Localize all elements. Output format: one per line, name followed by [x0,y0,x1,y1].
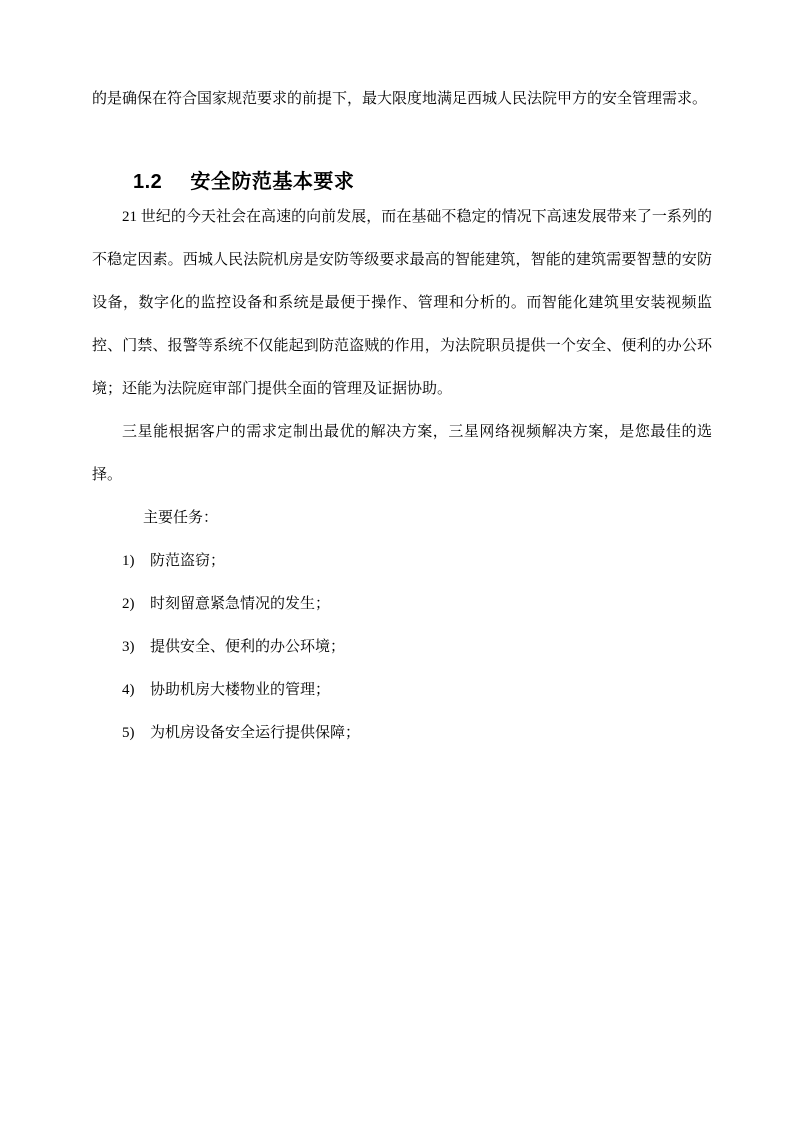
task-item-number: 5) [122,712,150,755]
task-item-number: 1) [122,540,150,583]
document-page: 的是确保在符合国家规范要求的前提下，最大限度地满足西城人民法院甲方的安全管理需求… [0,0,793,1122]
section-title: 安全防范基本要求 [190,171,354,193]
task-list-intro: 主要任务： [143,497,712,540]
section-heading: 1.2 安全防范基本要求 [133,165,354,194]
paragraph-continuation: 的是确保在符合国家规范要求的前提下，最大限度地满足西城人民法院甲方的安全管理需求… [92,89,712,109]
task-item-number: 2) [122,583,150,626]
task-item-text: 提供安全、便利的办公环境； [150,626,712,669]
section-body: 21 世纪的今天社会在高速的向前发展，而在基础不稳定的情况下高速发展带来了一系列… [92,196,712,755]
body-paragraph-2: 三星能根据客户的需求定制出最优的解决方案，三星网络视频解决方案，是您最佳的选择。 [92,411,712,497]
task-list-item: 3) 提供安全、便利的办公环境； [122,626,712,669]
task-item-text: 协助机房大楼物业的管理； [150,669,712,712]
section-number: 1.2 [133,171,162,194]
task-list-item: 5) 为机房设备安全运行提供保障； [122,712,712,755]
task-item-number: 3) [122,626,150,669]
task-list-item: 2) 时刻留意紧急情况的发生； [122,583,712,626]
task-item-text: 时刻留意紧急情况的发生； [150,583,712,626]
task-list-item: 1) 防范盗窃； [122,540,712,583]
task-item-text: 为机房设备安全运行提供保障； [150,712,712,755]
task-item-number: 4) [122,669,150,712]
body-paragraph-1: 21 世纪的今天社会在高速的向前发展，而在基础不稳定的情况下高速发展带来了一系列… [92,196,712,411]
task-list-item: 4) 协助机房大楼物业的管理； [122,669,712,712]
task-item-text: 防范盗窃； [150,540,712,583]
